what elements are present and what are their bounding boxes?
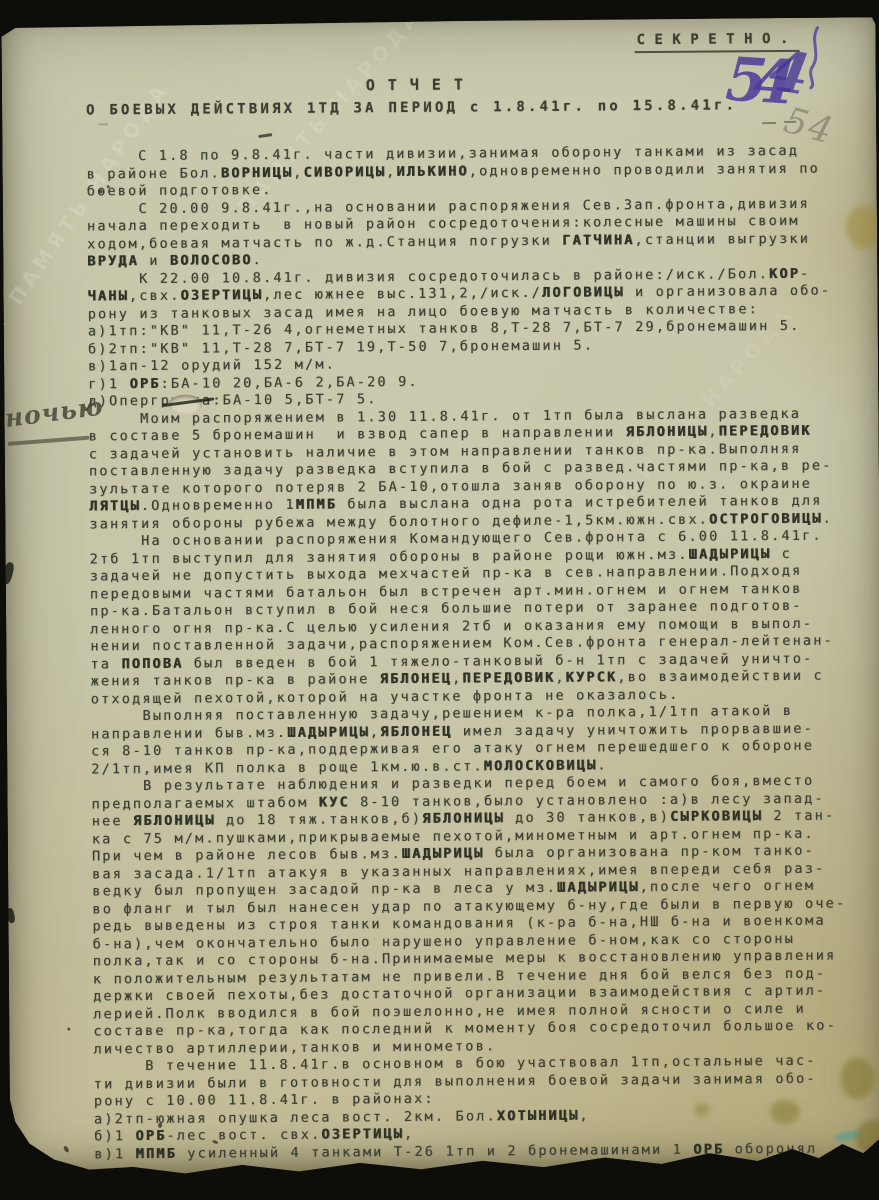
speck bbox=[63, 1145, 70, 1153]
report-subtitle: О БОЕВЫХ ДЕЙСТВИЯХ 1ТД ЗА ПЕРИОД с 1.8.4… bbox=[86, 97, 737, 118]
stain bbox=[855, 1119, 879, 1155]
edge-mark bbox=[6, 908, 16, 924]
stain bbox=[846, 205, 879, 249]
smudge-dash bbox=[762, 122, 776, 124]
document-page: ★ ПАМЯТЬ НАРОДА ПАМЯТЬ НАРОДА ПАМЯТЬ НАР… bbox=[1, 17, 879, 1177]
edge-mark bbox=[1, 561, 15, 584]
speck bbox=[107, 185, 110, 188]
pen-stroke-mark bbox=[801, 26, 828, 90]
speck bbox=[67, 1028, 70, 1031]
stain bbox=[600, 1174, 664, 1193]
stain bbox=[694, 1103, 710, 1117]
speck bbox=[99, 189, 103, 193]
margin-note-underline bbox=[8, 436, 90, 446]
stain bbox=[732, 1154, 762, 1176]
smudge-dash bbox=[784, 121, 796, 123]
smudge-dash bbox=[98, 123, 108, 125]
watermark-star-icon: ★ bbox=[0, 305, 17, 338]
speck bbox=[258, 133, 272, 138]
stain bbox=[770, 1100, 800, 1124]
scanned-document-photo: { "page": { "classification": "СЕКРЕТНО.… bbox=[0, 0, 879, 1200]
report-title: ОТЧЕТ bbox=[291, 75, 551, 95]
speck bbox=[158, 1123, 162, 1128]
stain bbox=[841, 1057, 875, 1099]
body-text: С 1.8 по 9.8.41г. части дивизии,занимая … bbox=[86, 143, 848, 1164]
